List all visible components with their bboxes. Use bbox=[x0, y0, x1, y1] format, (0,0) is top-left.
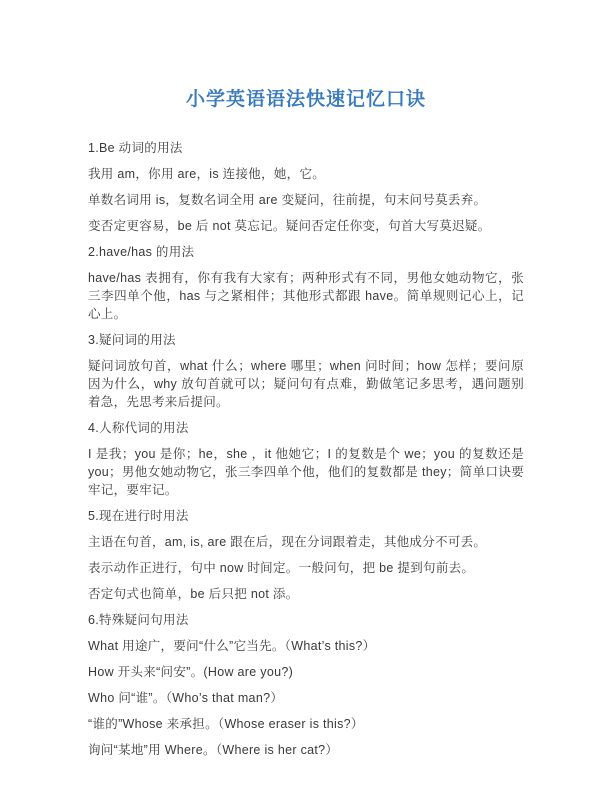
paragraph: 主语在句首，am, is, are 跟在后，现在分词跟着走，其他成分不可丢。 bbox=[88, 533, 524, 551]
document-title: 小学英语语法快速记忆口诀 bbox=[88, 88, 524, 113]
section-be-verb: 1.Be 动词的用法 我用 am，你用 are，is 连接他，她，它。 单数名词… bbox=[88, 139, 524, 235]
section-present-continuous: 5.现在进行时用法 主语在句首，am, is, are 跟在后，现在分词跟着走，… bbox=[88, 507, 524, 603]
paragraph: 否定句式也简单，be 后只把 not 添。 bbox=[88, 585, 524, 603]
section-heading: 4.人称代词的用法 bbox=[88, 419, 524, 437]
document-page: 小学英语语法快速记忆口诀 1.Be 动词的用法 我用 am，你用 are，is … bbox=[0, 0, 612, 792]
section-heading: 6.特殊疑问句用法 bbox=[88, 611, 524, 629]
section-personal-pronouns: 4.人称代词的用法 I 是我；you 是你；he，she ，it 他她它；I 的… bbox=[88, 419, 524, 499]
paragraph: How 开头来“问安”。(How are you?) bbox=[88, 663, 524, 681]
section-special-questions: 6.特殊疑问句用法 What 用途广，要问“什么”它当先。（What’s thi… bbox=[88, 611, 524, 759]
section-heading: 5.现在进行时用法 bbox=[88, 507, 524, 525]
paragraph: “谁的”Whose 来承担。（Whose eraser is this?） bbox=[88, 715, 524, 733]
section-have-has: 2.have/has 的用法 have/has 表拥有，你有我有大家有；两种形式… bbox=[88, 243, 524, 323]
paragraph: 变否定更容易，be 后 not 莫忘记。疑问否定任你变，句首大写莫迟疑。 bbox=[88, 217, 524, 235]
section-heading: 1.Be 动词的用法 bbox=[88, 139, 524, 157]
paragraph: What 用途广，要问“什么”它当先。（What’s this?） bbox=[88, 637, 524, 655]
paragraph: 表示动作正进行，句中 now 时间定。一般问句，把 be 提到句前去。 bbox=[88, 559, 524, 577]
section-heading: 2.have/has 的用法 bbox=[88, 243, 524, 261]
section-heading: 3.疑问词的用法 bbox=[88, 331, 524, 349]
paragraph: I 是我；you 是你；he，she ，it 他她它；I 的复数是个 we；yo… bbox=[88, 445, 524, 499]
paragraph: Who 问“谁”。（Who’s that man?） bbox=[88, 689, 524, 707]
section-question-words: 3.疑问词的用法 疑问词放句首，what 什么；where 哪里；when 问时… bbox=[88, 331, 524, 411]
paragraph: 单数名词用 is，复数名词全用 are 变疑问，往前提，句末问号莫丢弃。 bbox=[88, 191, 524, 209]
paragraph: 询问“某地”用 Where。（Where is her cat?） bbox=[88, 741, 524, 759]
paragraph: have/has 表拥有，你有我有大家有；两种形式有不同，男他女她动物它，张三李… bbox=[88, 269, 524, 323]
paragraph: 我用 am，你用 are，is 连接他，她，它。 bbox=[88, 165, 524, 183]
paragraph: 疑问词放句首，what 什么；where 哪里；when 问时间；how 怎样；… bbox=[88, 357, 524, 411]
